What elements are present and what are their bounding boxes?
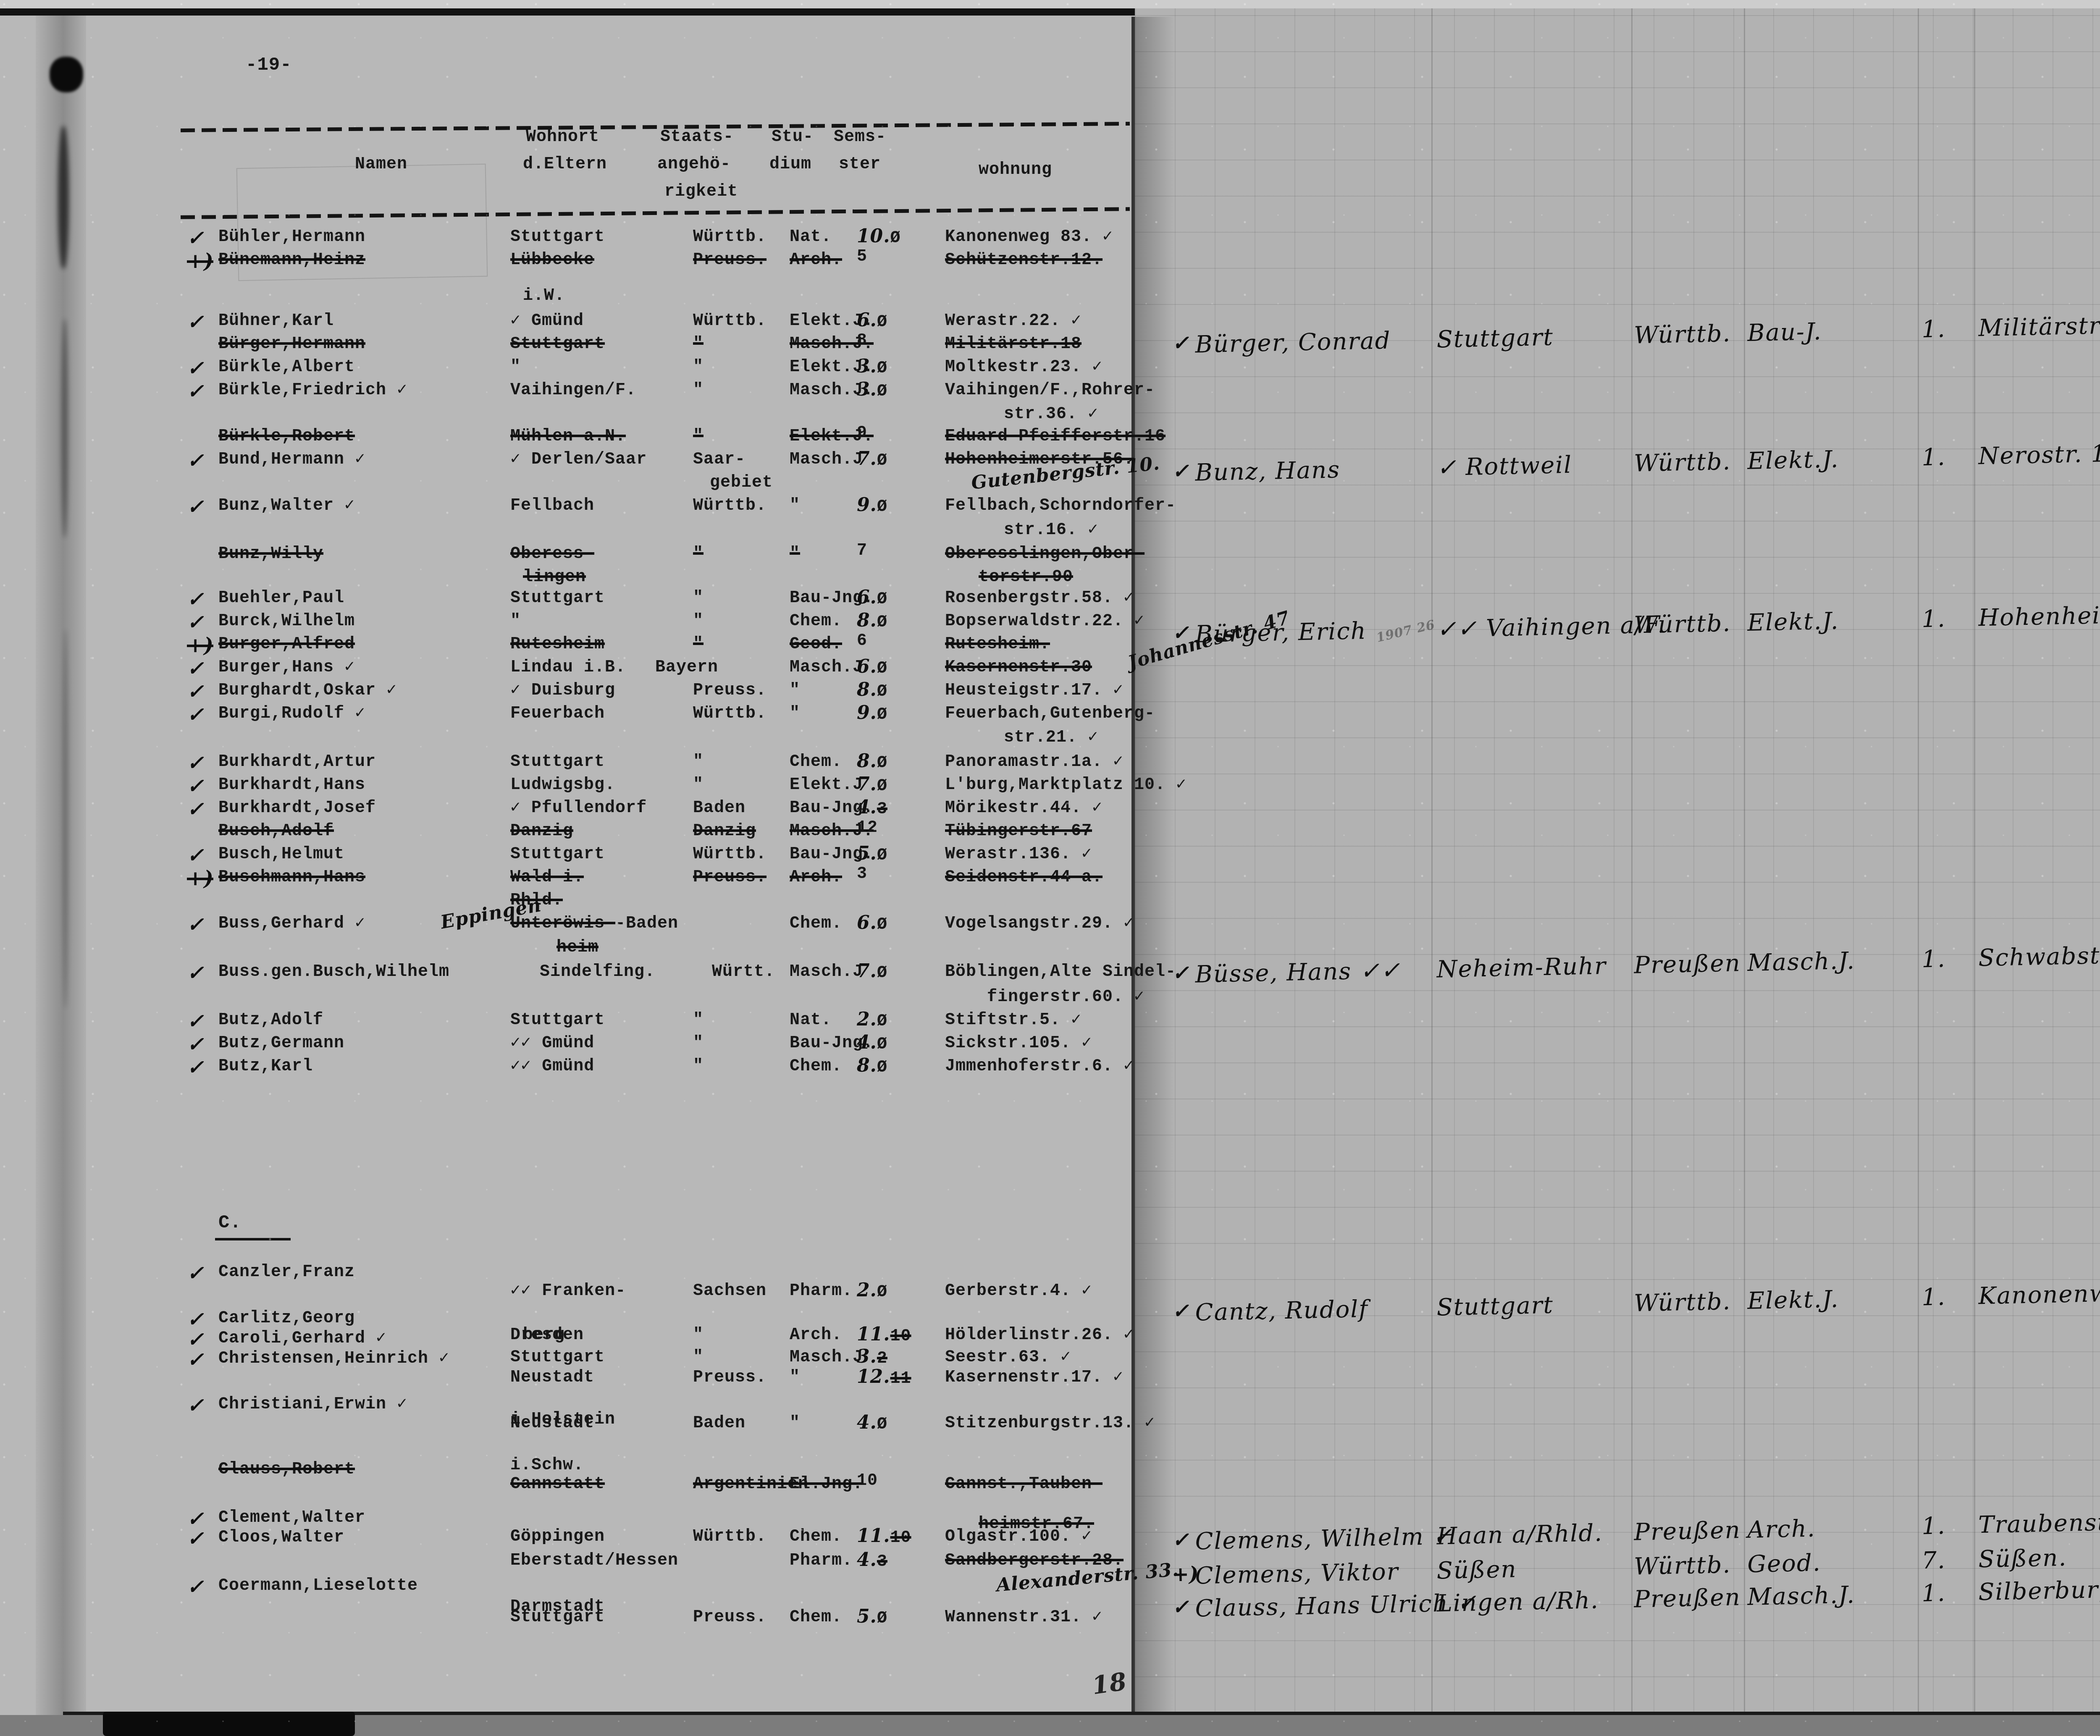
- semester-handwritten: 4.: [857, 1549, 877, 1571]
- ledger-semester: 1.: [1921, 315, 1946, 343]
- gutter-line: [1131, 17, 1135, 1713]
- cell-text: Tübingerstr.67: [945, 822, 1092, 841]
- ledger-nationality: Württb.: [1634, 448, 1731, 477]
- cell-nationality: ": [693, 777, 703, 794]
- cell-parents-town: Eberstadt/Hessen: [510, 1552, 678, 1569]
- ledger-student-name: Clauss, Hans Ulrich ✓: [1195, 1589, 1478, 1622]
- col-header-wohnung: wohnung: [979, 162, 1052, 178]
- row-checkmark: ✓: [187, 449, 204, 472]
- cell-parents-town: ✓✓ Franken-: [510, 1283, 626, 1300]
- semester-typed: Ø: [877, 705, 887, 724]
- cell-student-name: Bühner,Karl: [218, 313, 334, 330]
- ledger-study-field: Elekt.J.: [1747, 607, 1839, 637]
- ledger-town: Neheim-Ruhr: [1436, 952, 1607, 983]
- cell-parents-town: Lindau i.B.: [510, 659, 626, 676]
- cell-student-name: Bürger,Hermann: [218, 336, 365, 353]
- cell-text: Cannst.,Tauben-: [945, 1475, 1102, 1494]
- semester-typed: 6: [857, 632, 867, 650]
- cell-text: Hölderlinstr.26. ✓: [945, 1326, 1134, 1345]
- cell-student-name: Christensen,Heinrich ✓: [218, 1351, 449, 1367]
- cell-nationality: Sachsen: [693, 1283, 766, 1300]
- semester-typed: 10: [890, 1529, 911, 1547]
- cell-parents-town: Sindelfing.: [540, 964, 655, 981]
- cell-residence-address: Werastr.136. ✓: [945, 846, 1092, 863]
- cell-text: heim: [556, 938, 598, 957]
- cell-text: Militärstr.18: [945, 335, 1081, 354]
- cell-nationality: Preuss.: [693, 252, 766, 269]
- ledger-study-field: Arch.: [1747, 1515, 1816, 1543]
- cell-parents-town: Stuttgart: [510, 846, 605, 863]
- top-light-strip: [0, 0, 2100, 8]
- row-checkmark: ✓: [187, 357, 204, 380]
- cell-text: lingen: [523, 568, 586, 587]
- row-checkmark: ✓: [187, 680, 204, 703]
- cell-semester: 5: [857, 249, 867, 265]
- cell-text: str.21. ✓: [1004, 728, 1098, 747]
- cell-semester: 6.Ø: [857, 309, 887, 331]
- semester-handwritten: 4.: [857, 1412, 877, 1433]
- cell-student-name: Busch,Adolf: [218, 823, 334, 840]
- cell-text: Kasernenstr.30: [945, 658, 1092, 677]
- cell-residence-address: str.36. ✓: [1004, 406, 1098, 423]
- ledger-student-name: Cantz, Rudolf: [1195, 1295, 1369, 1327]
- cell-parents-town: Rutesheim: [510, 636, 605, 653]
- semester-typed: 9: [857, 424, 867, 443]
- row-checkmark: ✓: [187, 774, 204, 798]
- cell-residence-address: Vogelsangstr.29. ✓: [945, 915, 1134, 932]
- cell-study-field: Arch.: [790, 1327, 842, 1344]
- cell-student-name: Bünemann,Heinz: [218, 252, 365, 269]
- ledger-semester: 1.: [1921, 1512, 1946, 1540]
- cell-semester: 7.Ø: [857, 960, 887, 982]
- cell-study-field: ": [790, 682, 800, 699]
- cell-student-name: Burck,Wilhelm: [218, 613, 355, 630]
- cell-nationality: Preuss.: [693, 1609, 766, 1626]
- cell-parents-town: ✓ Gmünd: [510, 313, 584, 330]
- row-checkmark: ✓: [187, 1010, 204, 1033]
- cell-nationality: Preuss.: [693, 869, 766, 886]
- cell-text: Cannstatt: [510, 1475, 605, 1494]
- ledger-town: ✓ Rottweil: [1436, 451, 1572, 482]
- cell-residence-address: Tübingerstr.67: [945, 823, 1092, 840]
- cell-residence-address: Heusteigstr.17. ✓: [945, 682, 1123, 699]
- cell-nationality: Württb.: [693, 229, 766, 246]
- cell-text: Schützenstr.12.: [945, 251, 1102, 270]
- cell-study-field: Geod.: [790, 636, 842, 653]
- semester-handwritten: 8.: [857, 750, 877, 772]
- row-checkmark: ✓: [187, 797, 204, 821]
- row-checkmark: ✓: [187, 1394, 204, 1417]
- semester-typed: Ø: [890, 229, 901, 248]
- cell-text: ": [510, 358, 521, 377]
- cell-text: Eberstadt/Hessen: [510, 1551, 678, 1570]
- ledger-nationality: Württb.: [1634, 610, 1731, 639]
- cell-nationality: Danzig: [693, 823, 756, 840]
- ledger-semester: 7.: [1921, 1547, 1946, 1574]
- cell-residence-address: fingerstr.60. ✓: [987, 989, 1144, 1006]
- row-checkmark: ✓: [187, 226, 204, 250]
- col-header-staats-1: Staats-: [660, 129, 734, 146]
- cell-study-field: Pharm.: [790, 1283, 853, 1300]
- cell-study-field: Chem.: [790, 915, 842, 932]
- cell-text: ✓ Pfullendorf: [510, 799, 647, 818]
- cell-semester: 8.Ø: [857, 679, 887, 700]
- ledger-nationality: Württb.: [1634, 1551, 1731, 1581]
- semester-handwritten: 4.: [857, 1032, 877, 1053]
- cell-residence-address: Sickstr.105. ✓: [945, 1035, 1092, 1052]
- semester-typed: Ø: [877, 846, 887, 865]
- row-checkmark: ✓: [1172, 621, 1189, 645]
- cell-parents-town: Stuttgart: [510, 1012, 605, 1029]
- cell-text: torstr.90: [979, 568, 1073, 587]
- cell-student-name: Butz,Adolf: [218, 1012, 323, 1029]
- cell-nationality: Württb.: [693, 313, 766, 330]
- ledger-student-name: Bürger, Conrad: [1195, 327, 1391, 359]
- cell-semester: 4.3: [857, 797, 887, 818]
- cell-text: i.Schw.: [510, 1456, 584, 1475]
- cell-semester: 3.2: [857, 1346, 887, 1367]
- cell-text: Rutesheim: [510, 635, 605, 654]
- cell-residence-address: L'burg,Marktplatz 10. ✓: [945, 777, 1186, 794]
- semester-typed: Ø: [877, 659, 887, 678]
- row-checkmark: ✓: [1172, 331, 1189, 355]
- cell-text: Ludwigsbg.: [510, 776, 615, 795]
- pencil-page-number: 18: [1090, 1667, 1129, 1700]
- spine-streak: [63, 630, 68, 1008]
- row-checkmark: ✓: [187, 1056, 204, 1079]
- cell-student-name: Christiani,Erwin ✓: [218, 1396, 407, 1413]
- row-checkmark: ✓: [1172, 961, 1189, 985]
- cell-text: Sickstr.105. ✓: [945, 1034, 1092, 1053]
- cell-text: L'burg,Marktplatz 10. ✓: [945, 776, 1186, 795]
- cell-residence-address: str.16. ✓: [1004, 522, 1098, 539]
- cell-semester: 7: [857, 543, 867, 559]
- cell-student-name: Burger,Hans ✓: [218, 659, 355, 676]
- cell-text: Mühlen a.N.: [510, 427, 626, 446]
- semester-typed: Ø: [877, 1609, 887, 1628]
- cell-residence-address: Seestr.63. ✓: [945, 1349, 1071, 1366]
- cell-study-field: ": [790, 498, 800, 514]
- cell-semester: 6.Ø: [857, 587, 887, 608]
- ledger-study-field: Elekt.J.: [1747, 1285, 1839, 1315]
- cell-study-field: El.Jng.: [790, 1476, 863, 1493]
- cell-parents-town: Stuttgart: [510, 1349, 605, 1366]
- row-checkmark: ✓: [187, 1261, 204, 1285]
- col-header-studium-2: dium: [769, 156, 811, 173]
- semester-handwritten: 6.: [857, 656, 877, 677]
- ledger-town: Lingen a/Rh.: [1436, 1587, 1599, 1617]
- ledger-column-rule: [1431, 8, 1433, 1713]
- ledger-nationality: Preußen: [1634, 949, 1741, 979]
- cell-student-name: Canzler,Franz: [218, 1264, 355, 1281]
- row-checkmark: ✓: [1172, 1595, 1189, 1619]
- cell-student-name: Bunz,Walter ✓: [218, 498, 355, 514]
- faint-pencil-note: 1907 26: [1375, 617, 1437, 645]
- cell-semester: 4.3: [857, 1549, 887, 1571]
- cell-text: Moltkestr.23. ✓: [945, 358, 1102, 377]
- cell-residence-address: Eduard-Pfeifferstr.16: [945, 428, 1165, 445]
- cell-residence-address: Rutesheim.: [945, 636, 1050, 653]
- semester-handwritten: 9.: [857, 702, 877, 724]
- cell-text: Kanonenweg 83. ✓: [945, 228, 1113, 247]
- semester-typed: 5: [857, 247, 867, 266]
- cell-study-field: Nat.: [790, 229, 832, 246]
- cell-student-name: Buschmann,Hans: [218, 869, 365, 886]
- semester-typed: 8: [857, 331, 867, 350]
- cell-nationality: ": [693, 546, 703, 563]
- cell-parents-town: i.W.: [523, 288, 565, 304]
- cell-text: ✓ Derlen/Saar: [510, 450, 647, 469]
- semester-handwritten: 3.: [857, 379, 877, 400]
- cell-semester: 3.Ø: [857, 356, 887, 377]
- row-checkmark: ✓: [187, 310, 204, 334]
- cell-student-name: Burghardt,Oskar ✓: [218, 682, 397, 699]
- cell-text: Danzig: [510, 822, 573, 841]
- cell-nationality: ": [693, 1012, 703, 1029]
- cell-semester: 11.10: [857, 1525, 911, 1547]
- right-ledger-page: [1135, 8, 2100, 1713]
- semester-handwritten: 6.: [857, 587, 877, 608]
- ledger-address: Nerostr. 15.: [1978, 440, 2100, 470]
- cell-text: Göppingen: [510, 1527, 605, 1546]
- semester-handwritten: 7.: [857, 774, 877, 795]
- ledger-address: Schwabstr. 98.: [1978, 941, 2100, 972]
- semester-typed: Ø: [877, 451, 887, 470]
- cell-parents-town: ✓ Derlen/Saar: [510, 451, 647, 468]
- cell-nationality: gebiet: [710, 475, 773, 491]
- cell-semester: 10.Ø: [857, 226, 901, 247]
- cell-semester: 3.Ø: [857, 379, 887, 400]
- cell-text: Rosenbergstr.58. ✓: [945, 589, 1134, 608]
- cell-semester: 9.Ø: [857, 702, 887, 724]
- cell-parents-town: Stuttgart: [510, 1609, 605, 1626]
- semester-handwritten: 10.: [857, 226, 890, 247]
- ledger-nationality: Württb.: [1634, 1288, 1731, 1317]
- page-bottom-edge: [63, 1712, 2100, 1715]
- cell-residence-address: Böblingen,Alte Sindel-: [945, 964, 1176, 981]
- cell-text: fingerstr.60. ✓: [987, 988, 1144, 1007]
- cell-text: Wald i.: [510, 868, 584, 887]
- row-checkmark: ✓: [187, 844, 204, 867]
- cell-nationality: Bayern: [655, 659, 718, 676]
- header-dashed-line-top: [181, 122, 1130, 132]
- cell-parents-town: Wald i.: [510, 869, 584, 886]
- cell-text: Panoramastr.1a. ✓: [945, 753, 1123, 771]
- cell-text: -Baden: [615, 914, 678, 933]
- cell-nationality: Württb.: [693, 1529, 766, 1545]
- cell-text: ✓✓ Franken-: [510, 1282, 626, 1301]
- cell-parents-town: Stuttgart: [510, 229, 605, 246]
- cell-residence-address: Oberesslingen,Ober-: [945, 546, 1144, 563]
- cell-text: Dresden: [510, 1326, 584, 1345]
- semester-typed: Ø: [877, 613, 887, 632]
- semester-handwritten: 3.: [857, 1346, 877, 1367]
- cell-residence-address: torstr.90: [979, 569, 1073, 586]
- spine-streak: [61, 319, 68, 538]
- row-checkmark: +): [187, 634, 213, 657]
- ledger-column-rule: [1744, 8, 1745, 1713]
- ledger-semester: 1.: [1921, 605, 1946, 633]
- cell-parents-town: ✓ Pfullendorf: [510, 800, 647, 817]
- ledger-student-name: Bürger, Erich: [1195, 617, 1367, 648]
- cell-residence-address: Jmmenhoferstr.6. ✓: [945, 1058, 1134, 1075]
- cell-student-name: Burkhardt,Josef: [218, 800, 376, 817]
- cell-parents-town: Stuttgart: [510, 754, 605, 771]
- cell-text: Rutesheim.: [945, 635, 1050, 654]
- cell-parents-town: Ludwigsbg.: [510, 777, 615, 794]
- semester-typed: 3: [877, 800, 887, 819]
- cell-text: Gerberstr.4. ✓: [945, 1282, 1092, 1301]
- cell-text: Seestr.63. ✓: [945, 1348, 1071, 1367]
- cell-residence-address: Militärstr.18: [945, 336, 1081, 353]
- ledger-address: Kanonenweg 14.: [1978, 1278, 2100, 1310]
- ledger-town: Haan a/Rhld.: [1436, 1519, 1603, 1550]
- cell-study-field: Pharm.: [790, 1552, 853, 1569]
- cell-semester: 4.Ø: [857, 1412, 887, 1433]
- semester-typed: Ø: [877, 359, 887, 378]
- cell-residence-address: Feuerbach,Gutenberg-: [945, 705, 1155, 722]
- semester-typed: Ø: [877, 1012, 887, 1031]
- cell-nationality: ": [693, 636, 703, 653]
- cell-residence-address: Moltkestr.23. ✓: [945, 359, 1102, 376]
- semester-handwritten: 6.: [857, 309, 877, 331]
- cell-text: Vaihingen/F.,Rohrer-: [945, 381, 1155, 400]
- semester-typed: Ø: [877, 1415, 887, 1434]
- cell-parents-town: Fellbach: [510, 498, 594, 514]
- semester-handwritten: 11.: [857, 1324, 890, 1345]
- ledger-student-name: Clemens, Viktor: [1195, 1558, 1399, 1589]
- cell-text: Stiftstr.5. ✓: [945, 1011, 1081, 1030]
- row-checkmark: ✓: [1172, 1528, 1189, 1552]
- semester-handwritten: 2.: [857, 1009, 877, 1030]
- semester-handwritten: 7.: [857, 448, 877, 469]
- cell-residence-address: Cannst.,Tauben-: [945, 1476, 1102, 1493]
- cell-text: Mörikestr.44. ✓: [945, 799, 1102, 818]
- cell-text: Stuttgart: [510, 845, 605, 864]
- ledger-town: ✓✓ Vaihingen a/F.: [1436, 611, 1666, 643]
- cell-semester: 9.Ø: [857, 494, 887, 516]
- spine-streak: [58, 126, 69, 269]
- cell-nationality: Württb.: [693, 498, 766, 514]
- semester-typed: 2: [877, 1349, 887, 1368]
- semester-handwritten: 5.: [857, 843, 877, 864]
- cell-parents-town: ": [510, 359, 521, 376]
- cell-study-field: Nat.: [790, 1012, 832, 1029]
- cell-text: Stuttgart: [510, 1608, 605, 1627]
- cell-student-name: Buss,Gerhard ✓: [218, 915, 365, 932]
- cell-study-field: ": [790, 1415, 800, 1432]
- semester-typed: Ø: [877, 682, 887, 701]
- semester-typed: Ø: [877, 777, 887, 796]
- cell-parents-town: i.Schw.: [510, 1457, 584, 1474]
- cell-residence-address: Stitzenburgstr.13. ✓: [945, 1415, 1155, 1432]
- cell-student-name: Coermann,Lieselotte: [218, 1578, 418, 1594]
- cell-text: Bopserwaldstr.22. ✓: [945, 612, 1144, 631]
- col-header-wohnort-2: d.Eltern: [523, 156, 607, 173]
- cell-nationality: ": [693, 359, 703, 376]
- ledger-address: Traubenstr. 15a.: [1978, 1507, 2100, 1539]
- row-checkmark: ✓: [187, 657, 204, 680]
- cell-text: ✓ Duisburg: [510, 681, 615, 700]
- cell-semester: 6: [857, 633, 867, 650]
- semester-handwritten: 8.: [857, 1055, 877, 1076]
- section-c-underline: [215, 1238, 291, 1240]
- cell-nationality: ": [693, 382, 703, 399]
- row-checkmark: ✓: [187, 1575, 204, 1599]
- ledger-address: Militärstr. 18.: [1978, 311, 2100, 342]
- cell-text: Werastr.136. ✓: [945, 845, 1092, 864]
- spine-shadow: [36, 16, 86, 1716]
- row-checkmark: ✓: [187, 1527, 204, 1550]
- cell-student-name: Cloos,Walter: [218, 1529, 344, 1546]
- row-checkmark: ✓: [187, 961, 204, 985]
- cell-text: Jmmenhoferstr.6. ✓: [945, 1057, 1134, 1076]
- cell-semester: 3: [857, 866, 867, 883]
- cell-semester: 9: [857, 425, 867, 442]
- ledger-semester: 1.: [1921, 443, 1946, 471]
- cell-nationality: Baden: [693, 800, 745, 817]
- cell-text: Wannenstr.31. ✓: [945, 1608, 1102, 1627]
- cell-text: Vaihingen/F.: [510, 381, 636, 400]
- cell-nationality: ": [693, 1058, 703, 1075]
- semester-handwritten: 12.: [857, 1366, 890, 1387]
- ledger-study-field: Masch.J.: [1747, 1581, 1856, 1611]
- ledger-study-field: Geod.: [1747, 1549, 1822, 1578]
- cell-text: Fellbach: [510, 496, 594, 515]
- cell-text: Feuerbach: [510, 704, 605, 723]
- semester-typed: Ø: [877, 313, 887, 332]
- row-checkmark: ✓: [187, 380, 204, 403]
- cell-residence-address: Olgastr.100. ✓: [945, 1529, 1092, 1545]
- cell-study-field: Arch.: [790, 869, 842, 886]
- cell-study-field: Arch.: [790, 252, 842, 269]
- ledger-address: Süßen.: [1978, 1544, 2067, 1573]
- scanned-register-photo: -19- Namen Wohnort d.Eltern Staats- ange…: [0, 0, 2100, 1736]
- cell-nationality: ": [693, 336, 703, 353]
- cell-parents-town: heim: [556, 939, 598, 956]
- cell-study-field: Chem.: [790, 613, 842, 630]
- cell-study-field: Elekt.J: [790, 777, 863, 794]
- cell-nationality: ": [693, 428, 703, 445]
- cell-residence-address: Rosenbergstr.58. ✓: [945, 590, 1134, 607]
- cell-student-name: Burger,Alfred: [218, 636, 355, 653]
- cell-student-name: Caroli,Gerhard ✓: [218, 1330, 386, 1347]
- ledger-semester: 1.: [1921, 1283, 1946, 1311]
- cell-semester: 5.Ø: [857, 843, 887, 864]
- ledger-nationality: Württb.: [1634, 320, 1731, 349]
- ledger-study-field: Elekt.J.: [1747, 446, 1839, 475]
- cell-study-field: ": [790, 705, 800, 722]
- cell-residence-address: Schützenstr.12.: [945, 252, 1102, 269]
- row-checkmark: ✓: [187, 1348, 204, 1371]
- row-checkmark: ✓: [187, 703, 204, 726]
- cell-text: ": [510, 612, 521, 631]
- cell-parents-town: Göppingen: [510, 1529, 605, 1545]
- cell-semester: 8.Ø: [857, 610, 887, 631]
- cell-study-field: Chem.: [790, 1529, 842, 1545]
- semester-typed: 3: [877, 1552, 887, 1571]
- cell-study-field: Chem.: [790, 1058, 842, 1075]
- cell-residence-address: Bopserwaldstr.22. ✓: [945, 613, 1144, 630]
- ledger-student-name: Clemens, Wilhelm ✓: [1195, 1523, 1453, 1555]
- cell-text: Stitzenburgstr.13. ✓: [945, 1414, 1155, 1433]
- cell-text: i.W.: [523, 286, 565, 305]
- col-header-wohnort-1: Wohnort: [526, 129, 599, 146]
- row-checkmark: +): [187, 867, 213, 890]
- cell-nationality: ": [693, 754, 703, 771]
- cell-semester: 8.Ø: [857, 750, 887, 772]
- cell-semester: 8: [857, 333, 867, 349]
